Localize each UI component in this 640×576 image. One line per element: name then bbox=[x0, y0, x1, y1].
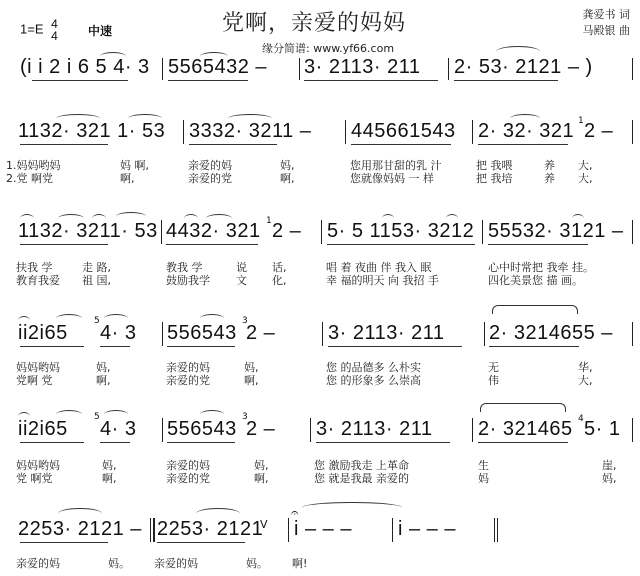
lyric: 妈, bbox=[602, 473, 617, 485]
lyric: 啊, bbox=[96, 375, 111, 387]
measure-5-4a: 2· 321465 bbox=[478, 418, 573, 441]
slur bbox=[200, 410, 224, 419]
lyric: 唱 着 夜曲 伴 我入 眠 bbox=[326, 262, 431, 274]
barline bbox=[162, 418, 163, 442]
underline bbox=[478, 144, 568, 145]
grace-note: 5 bbox=[94, 412, 100, 422]
measure-1-3: 3· 2113· 211 bbox=[304, 56, 420, 79]
measure-5-1a: ii2i65 bbox=[18, 418, 68, 441]
underline bbox=[304, 80, 438, 81]
grace-note: 5 bbox=[94, 316, 100, 326]
slur bbox=[56, 314, 82, 323]
composer-credit: 马殿银 曲 bbox=[583, 22, 631, 38]
lyric: 大, bbox=[578, 160, 593, 172]
lyric: 华, bbox=[578, 362, 593, 374]
barline bbox=[162, 322, 163, 346]
final-barline bbox=[497, 518, 498, 542]
barline bbox=[472, 120, 473, 144]
slur bbox=[104, 410, 128, 419]
measure-3-4: 55532· 3121 – bbox=[488, 220, 624, 243]
measure-1-4: 2· 53· 2121 – ) bbox=[454, 56, 593, 79]
lyric: 啊, bbox=[244, 375, 259, 387]
lyric: 亲爱的妈 bbox=[154, 558, 198, 570]
slur bbox=[104, 314, 128, 323]
lyric: 啊, bbox=[280, 173, 295, 185]
lyric: 鼓励我学 bbox=[166, 275, 210, 287]
measure-6-3: i – – – bbox=[294, 518, 352, 541]
song-title: 党啊，亲爱的妈妈 bbox=[222, 6, 406, 37]
measure-4-2a: 556543 bbox=[167, 322, 237, 345]
lyric: 走 路, bbox=[82, 262, 111, 274]
lyric: 啊, bbox=[254, 473, 269, 485]
lyric: 您用那甘甜的乳 汁 bbox=[350, 160, 442, 172]
underline bbox=[20, 542, 108, 543]
measure-3-1: 1132· 3211· 53 bbox=[18, 220, 158, 243]
grace-note: 1 bbox=[578, 116, 584, 126]
barline bbox=[632, 418, 633, 442]
barline bbox=[632, 120, 633, 144]
slur bbox=[56, 114, 100, 123]
lyric: 亲爱的党 bbox=[166, 473, 210, 485]
final-barline bbox=[494, 518, 495, 542]
underline bbox=[478, 442, 568, 443]
slur bbox=[206, 214, 232, 223]
measure-2-1: 1132· 321 1· 53 bbox=[18, 120, 165, 143]
slur bbox=[56, 410, 82, 419]
lyric: 妈, bbox=[102, 460, 117, 472]
lyric: 啊, bbox=[120, 173, 135, 185]
measure-6-1: 2253· 2121 – bbox=[18, 518, 142, 541]
repeat-barline bbox=[150, 518, 151, 542]
lyric: 幸 福的明天 向 我招 手 bbox=[326, 275, 439, 287]
slur bbox=[116, 212, 146, 221]
barline bbox=[321, 220, 322, 244]
grace-note: 4 bbox=[578, 414, 584, 424]
barline bbox=[448, 58, 449, 80]
slur bbox=[58, 508, 102, 519]
lyric: 大, bbox=[578, 375, 593, 387]
lyric: 党 啊党 bbox=[16, 473, 53, 485]
underline bbox=[100, 346, 130, 347]
underline bbox=[32, 80, 128, 81]
measure-3-2a: 4432· 321 bbox=[166, 220, 261, 243]
lyric: 2.党 啊党 bbox=[6, 173, 53, 185]
underline bbox=[328, 346, 462, 347]
slur bbox=[382, 214, 394, 223]
slur bbox=[510, 114, 540, 123]
tempo-marking: 中速 bbox=[88, 22, 112, 39]
lyric: 把 我培 bbox=[476, 173, 513, 185]
barline bbox=[345, 120, 346, 144]
lyric: 养 bbox=[544, 160, 555, 172]
underline bbox=[157, 542, 245, 543]
barline bbox=[162, 58, 163, 80]
tie bbox=[302, 502, 402, 513]
slur bbox=[18, 412, 30, 421]
measure-6-4: i – – – bbox=[398, 518, 456, 541]
underline bbox=[20, 442, 84, 443]
lyric: 妈。 bbox=[246, 558, 268, 570]
measure-5-3: 3· 2113· 211 bbox=[316, 418, 432, 441]
underline bbox=[351, 144, 451, 145]
lyric: 生 bbox=[478, 460, 489, 472]
lyric: 妈妈哟妈 bbox=[16, 362, 60, 374]
measure-4-2b: 2 – bbox=[246, 322, 275, 345]
underline bbox=[167, 442, 235, 443]
slur bbox=[92, 214, 106, 223]
breath-mark: V bbox=[260, 518, 268, 531]
measure-5-1b: 4· 3 bbox=[100, 418, 136, 441]
measure-5-2b: 2 – bbox=[246, 418, 275, 441]
lyric: 您 的形象多 么崇高 bbox=[326, 375, 421, 387]
repeat-barline-thick bbox=[153, 518, 155, 542]
measure-3-2b: 2 – bbox=[272, 220, 301, 243]
lyric: 文 bbox=[236, 275, 247, 287]
lyric: 妈 啊, bbox=[120, 160, 149, 172]
slur bbox=[20, 214, 34, 223]
lyric: 把 我喂 bbox=[476, 160, 513, 172]
slur bbox=[100, 52, 126, 61]
slur bbox=[228, 114, 272, 123]
lyricist-credit: 龚爱书 词 bbox=[583, 6, 631, 22]
lyric: 啊, bbox=[102, 473, 117, 485]
lyric: 崖, bbox=[602, 460, 617, 472]
measure-2-4a: 2· 32· 321 bbox=[478, 120, 574, 143]
barline bbox=[632, 220, 633, 244]
measure-4-1a: ii2i65 bbox=[18, 322, 68, 345]
measure-4-4: 2· 3214655 – bbox=[489, 322, 613, 345]
lyric: 妈, bbox=[244, 362, 259, 374]
tie-bracket bbox=[480, 403, 566, 412]
underline bbox=[488, 244, 588, 245]
underline bbox=[166, 244, 258, 245]
measure-1-1: ((ii i 2 i 6 5 4· 3 bbox=[20, 56, 150, 79]
lyric: 妈, bbox=[96, 362, 111, 374]
measure-4-3: 3· 2113· 211 bbox=[328, 322, 444, 345]
lyric: 亲爱的妈 bbox=[166, 362, 210, 374]
lyric: 党啊 党 bbox=[16, 375, 53, 387]
barline bbox=[161, 220, 162, 244]
underline bbox=[316, 442, 450, 443]
underline bbox=[168, 80, 248, 81]
underline bbox=[20, 346, 84, 347]
barline bbox=[288, 518, 289, 542]
lyric: 亲爱的妈 bbox=[16, 558, 60, 570]
slur bbox=[200, 52, 228, 61]
slur bbox=[496, 46, 540, 57]
barline bbox=[632, 322, 633, 346]
measure-5-4b: 5· 1 bbox=[584, 418, 620, 441]
slur bbox=[200, 314, 224, 323]
lyric: 妈 bbox=[478, 473, 489, 485]
underline bbox=[20, 244, 108, 245]
lyric: 心中时常把 我牵 挂。 bbox=[488, 262, 594, 274]
lyric: 妈, bbox=[280, 160, 295, 172]
lyric: 妈。 bbox=[108, 558, 130, 570]
lyric: 您 激励我走 上革命 bbox=[314, 460, 409, 472]
lyric: 亲爱的妈 bbox=[166, 460, 210, 472]
source-watermark: 缘分简谱: www.yf66.com bbox=[262, 40, 394, 56]
slur bbox=[196, 508, 240, 519]
tie-bracket bbox=[492, 305, 578, 314]
lyric: 大, bbox=[578, 173, 593, 185]
measure-2-4b: 2 – bbox=[584, 120, 613, 143]
time-signature: 4 4 bbox=[51, 18, 58, 42]
lyric: 亲爱的妈 bbox=[188, 160, 232, 172]
underline bbox=[167, 346, 235, 347]
lyric: 啊! bbox=[292, 558, 307, 570]
lyric: 养 bbox=[544, 173, 555, 185]
slur bbox=[572, 214, 584, 223]
lyric: 您 就是我最 亲爱的 bbox=[314, 473, 409, 485]
underline bbox=[20, 144, 108, 145]
barline bbox=[392, 518, 393, 542]
lyric: 亲爱的党 bbox=[166, 375, 210, 387]
lyric: 四化美景您 描 画。 bbox=[488, 275, 583, 287]
key-label: 1=E bbox=[20, 21, 44, 36]
slur bbox=[446, 214, 458, 223]
lyric: 妈妈哟妈 bbox=[16, 460, 60, 472]
slur bbox=[58, 214, 84, 223]
lyric: 1.妈妈哟妈 bbox=[6, 160, 61, 172]
underline bbox=[489, 346, 579, 347]
underline bbox=[454, 80, 558, 81]
time-sig-bottom: 4 bbox=[51, 30, 58, 42]
barline bbox=[322, 322, 323, 346]
barline bbox=[482, 220, 483, 244]
lyric: 说 bbox=[236, 262, 247, 274]
lyric: 您就像妈妈 一 样 bbox=[350, 173, 434, 185]
lyric: 亲爱的党 bbox=[188, 173, 232, 185]
barline bbox=[310, 418, 311, 442]
lyric: 话, bbox=[272, 262, 287, 274]
measure-3-3: 5· 5 1153· 3212 bbox=[327, 220, 474, 243]
underline bbox=[327, 244, 475, 245]
barline bbox=[299, 58, 300, 80]
lyric: 扶我 学 bbox=[16, 262, 53, 274]
underline bbox=[189, 144, 277, 145]
measure-6-2: 2253· 2121 bbox=[157, 518, 263, 541]
lyric: 您 的品德多 么朴实 bbox=[326, 362, 421, 374]
barline bbox=[183, 120, 184, 144]
grace-note: 1 bbox=[266, 216, 272, 226]
lyric: 妈, bbox=[254, 460, 269, 472]
lyric: 伟 bbox=[488, 375, 499, 387]
measure-5-2a: 556543 bbox=[167, 418, 237, 441]
lyric: 教育我爱 bbox=[16, 275, 60, 287]
measure-2-2: 3332· 3211 – bbox=[189, 120, 311, 143]
underline bbox=[100, 442, 130, 443]
slur bbox=[18, 316, 30, 325]
barline bbox=[632, 58, 633, 80]
lyric: 化, bbox=[272, 275, 287, 287]
measure-2-3: 445661543 bbox=[351, 120, 456, 143]
lyric: 教我 学 bbox=[166, 262, 203, 274]
key-signature: 1=E 4 4 bbox=[20, 18, 58, 42]
lyric: 无 bbox=[488, 362, 499, 374]
slur bbox=[128, 114, 162, 123]
measure-4-1b: 4· 3 bbox=[100, 322, 136, 345]
slur bbox=[184, 214, 198, 223]
barline bbox=[484, 322, 485, 346]
lyric: 祖 国, bbox=[82, 275, 111, 287]
barline bbox=[472, 418, 473, 442]
